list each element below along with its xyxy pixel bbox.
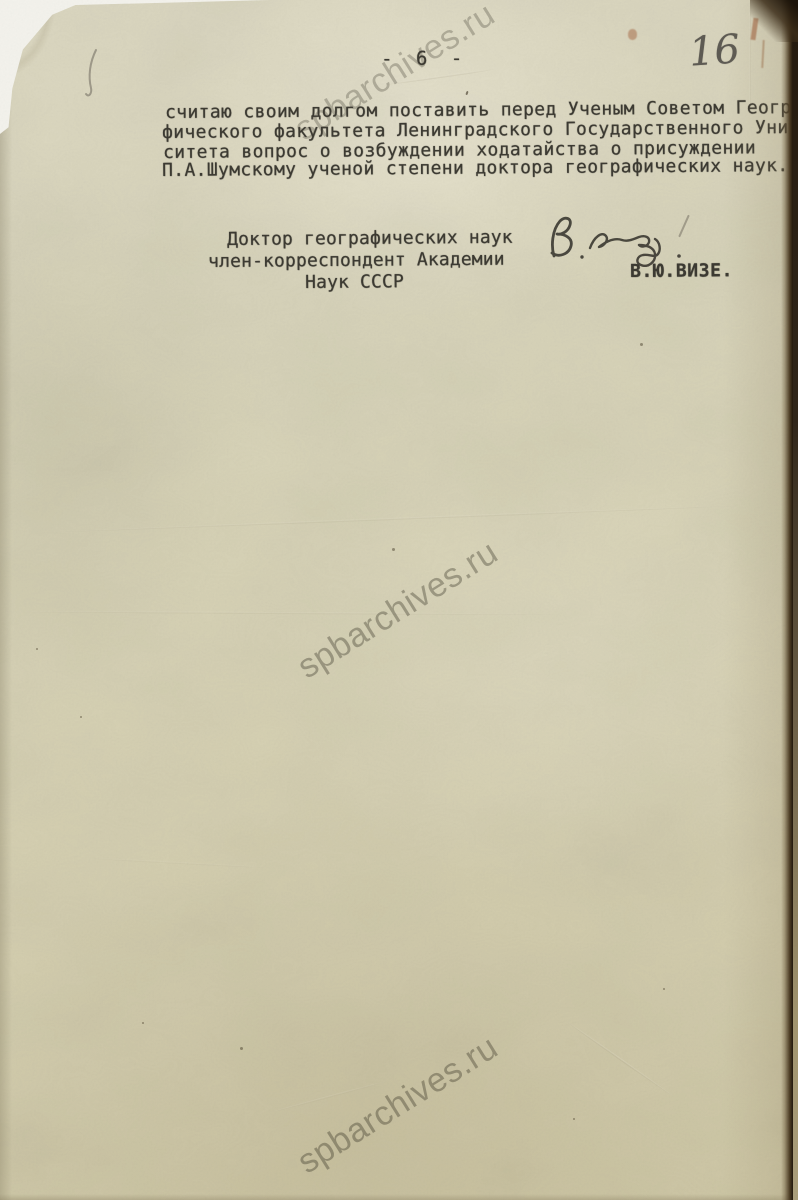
scanned-document-page: spbarchives.ru spbarchives.ru spbarchive…	[0, 0, 798, 1200]
bottom-edge-shading	[0, 1194, 798, 1200]
ink-speck	[465, 91, 468, 95]
ink-speck	[240, 1047, 243, 1050]
ink-speck	[573, 1118, 575, 1120]
ink-speck	[142, 1022, 144, 1024]
body-line-4: П.А.Шумскому ученой степени доктора геог…	[162, 155, 789, 181]
ink-speck	[392, 548, 395, 551]
typed-signature-name: В.Ю.ВИЗЕ.	[630, 260, 733, 282]
rust-stain	[628, 29, 637, 40]
right-edge-next-page	[793, 0, 798, 1200]
ink-speck	[640, 343, 643, 346]
signature-title-line-2: член-корреспондент Академии	[208, 249, 505, 272]
ink-speck	[80, 716, 82, 718]
archive-watermark: spbarchives.ru	[291, 1028, 505, 1182]
crease	[44, 505, 739, 534]
ink-speck	[36, 648, 38, 650]
signature-title-line-1: Доктор географических наук	[227, 227, 513, 250]
ink-speck	[663, 988, 665, 990]
crease	[0, 611, 560, 616]
crease	[90, 857, 270, 868]
top-right-corner-shadow	[750, 0, 798, 42]
typed-page-number: - 6 -	[381, 47, 468, 70]
signature-title-line-3: Наук СССР	[305, 271, 404, 293]
archive-watermark: spbarchives.ru	[291, 533, 505, 687]
left-edge-shading	[0, 0, 12, 1200]
crease	[566, 1021, 674, 1097]
